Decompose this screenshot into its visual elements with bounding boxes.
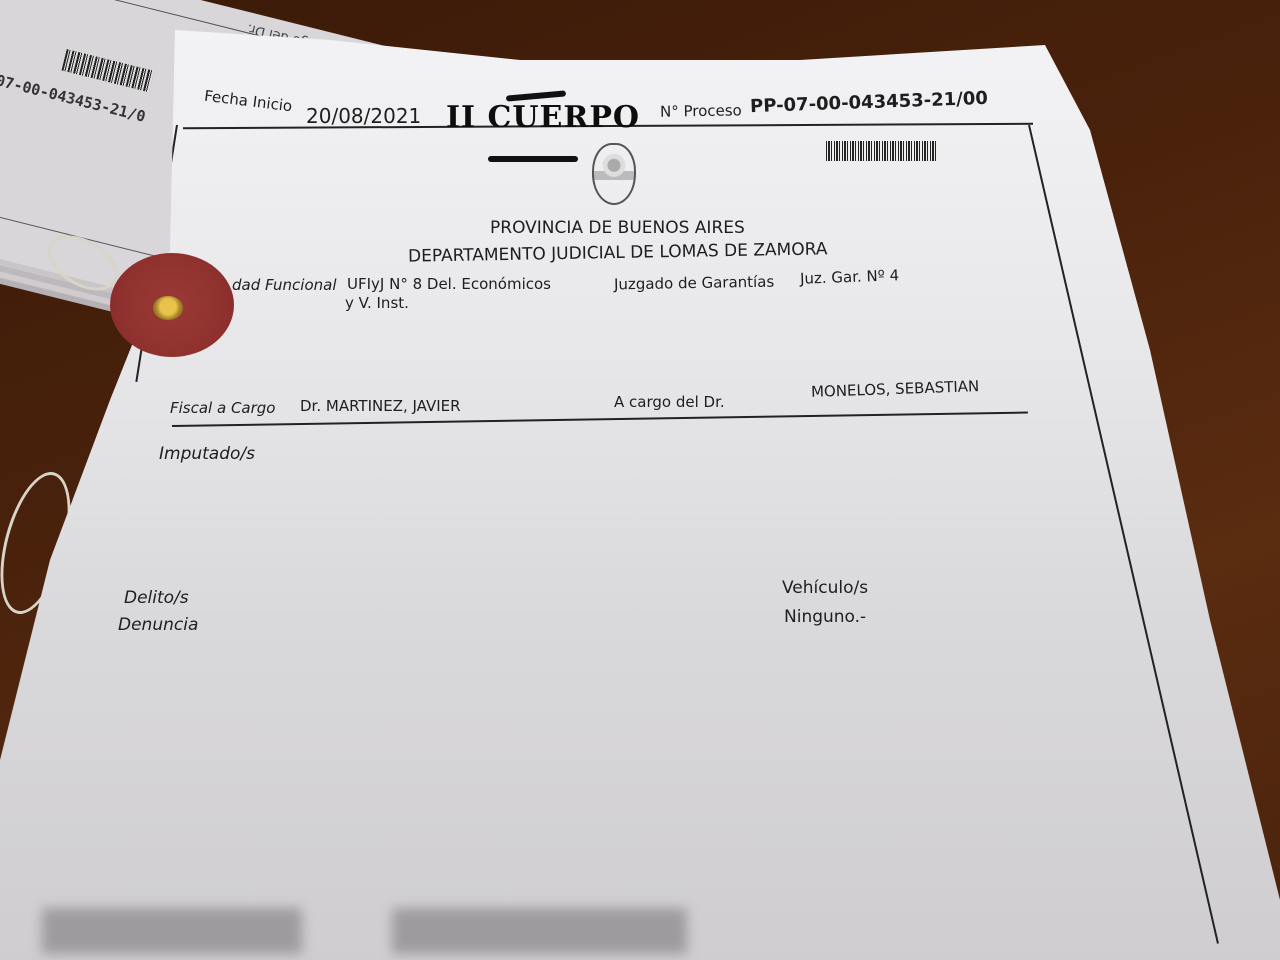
unidad-funcional-value-2: y V. Inst. xyxy=(345,294,409,312)
proceso-label: N° Proceso xyxy=(660,101,742,120)
vehiculos-value: Ninguno.- xyxy=(784,607,866,627)
coat-of-arms-seal-icon xyxy=(592,143,636,205)
handwritten-underline xyxy=(488,156,578,162)
brass-eyelet-icon xyxy=(153,296,183,320)
a-cargo-label: A cargo del Dr. xyxy=(614,393,725,411)
juzgado-value: Juz. Gar. Nº 4 xyxy=(800,266,900,287)
imputados-label: Imputado/s xyxy=(159,444,255,464)
case-cover-page: Fecha Inicio 20/08/2021 II CUERPO N° Pro… xyxy=(0,0,1280,960)
proceso-value: PP-07-00-043453-21/00 xyxy=(750,88,988,117)
unidad-funcional-label: dad Funcional xyxy=(232,276,337,294)
fecha-inicio-value: 20/08/2021 xyxy=(306,104,421,128)
fiscal-value: Dr. MARTINEZ, JAVIER xyxy=(300,397,461,415)
redacted-block-2 xyxy=(392,908,687,954)
a-cargo-value: MONELOS, SEBASTIAN xyxy=(811,377,980,401)
barcode xyxy=(826,141,936,161)
fecha-inicio-label: Fecha Inicio xyxy=(203,87,293,116)
delitos-label: Delito/s xyxy=(124,588,189,608)
department-title: DEPARTAMENTO JUDICIAL DE LOMAS DE ZAMORA xyxy=(408,239,828,266)
fiscal-label: Fiscal a Cargo xyxy=(170,399,275,417)
frame-right-line xyxy=(1028,125,1219,944)
handwritten-note: II CUERPO xyxy=(446,100,640,135)
juzgado-label: Juzgado de Garantías xyxy=(614,273,775,294)
redacted-block-1 xyxy=(42,908,302,954)
unidad-funcional-value: UFIyJ N° 8 Del. Económicos xyxy=(347,275,551,293)
delitos-value: Denuncia xyxy=(118,615,198,635)
province-title: PROVINCIA DE BUENOS AIRES xyxy=(490,218,745,238)
vehiculos-label: Vehículo/s xyxy=(782,578,868,598)
